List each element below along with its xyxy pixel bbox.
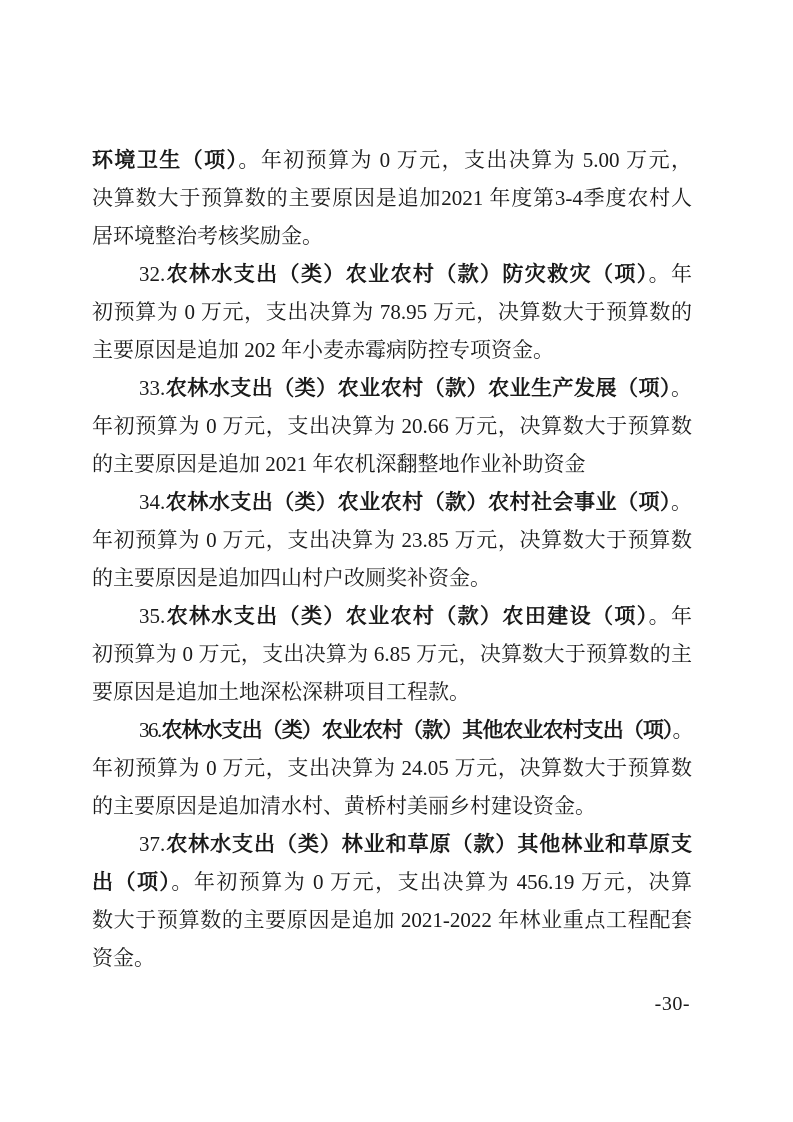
text-segment: 34. [139, 490, 165, 514]
para-item-37: 37.农林水支出（类）林业和草原（款）其他林业和草原支出（项）。年初预算为 0 … [92, 825, 692, 977]
bold-heading-segment: 环境卫生（项） [92, 148, 238, 172]
text-segment: 主要原因是追加 202 年小麦赤霉病防控专项资金。 [92, 338, 554, 362]
text-segment: 数大于预算数的主要原因是追加 2021-2022 年林业重点工程配套 [92, 908, 692, 932]
text-segment: 居环境整治考核奖励金。 [92, 224, 323, 248]
document-page: 环境卫生（项）。年初预算为 0 万元，支出决算为 5.00 万元，决算数大于预算… [0, 0, 793, 1122]
text-segment: 要原因是追加土地深松深耕项目工程款。 [92, 680, 470, 704]
bold-heading-segment: 农林水支出（类）农业农村（款）防灾救灾（项） [165, 262, 648, 286]
text-segment: 。 [671, 376, 692, 400]
text-line: 36.农林水支出（类）农业农村（款）其他农业农村支出（项）。 [92, 711, 692, 749]
text-line: 的主要原因是追加 2021 年农机深翻整地作业补助资金 [92, 445, 692, 483]
text-segment: 。年 [649, 604, 692, 628]
text-segment: 33. [139, 376, 165, 400]
para-item-33: 33.农林水支出（类）农业农村（款）农业生产发展（项）。年初预算为 0 万元，支… [92, 369, 692, 483]
text-line: 33.农林水支出（类）农业农村（款）农业生产发展（项）。 [92, 369, 692, 407]
text-segment: 。年初预算为 0 万元，支出决算为 5.00 万元， [238, 148, 692, 172]
text-line: 32.农林水支出（类）农业农村（款）防灾救灾（项）。年 [92, 255, 692, 293]
page-number: -30- [655, 993, 690, 1015]
text-line: 初预算为 0 万元，支出决算为 78.95 万元，决算数大于预算数的 [92, 293, 692, 331]
text-segment: 的主要原因是追加清水村、黄桥村美丽乡村建设资金。 [92, 794, 596, 818]
document-body: 环境卫生（项）。年初预算为 0 万元，支出决算为 5.00 万元，决算数大于预算… [92, 141, 692, 977]
para-item-32: 32.农林水支出（类）农业农村（款）防灾救灾（项）。年初预算为 0 万元，支出决… [92, 255, 692, 369]
text-segment: 。年 [649, 262, 692, 286]
text-segment: 37. [139, 832, 165, 856]
text-line: 初预算为 0 万元，支出决算为 6.85 万元，决算数大于预算数的主 [92, 635, 692, 673]
text-line: 年初预算为 0 万元，支出决算为 24.05 万元，决算数大于预算数 [92, 749, 692, 787]
text-line: 要原因是追加土地深松深耕项目工程款。 [92, 673, 692, 711]
bold-heading-segment: 农林水支出（类）农业农村（款）其他农业农村支出（项） [161, 718, 673, 742]
text-line: 34.农林水支出（类）农业农村（款）农村社会事业（项）。 [92, 483, 692, 521]
text-segment: 初预算为 0 万元，支出决算为 6.85 万元，决算数大于预算数的主 [92, 642, 692, 666]
text-line: 年初预算为 0 万元，支出决算为 23.85 万元，决算数大于预算数 [92, 521, 692, 559]
text-line: 出（项）。年初预算为 0 万元，支出决算为 456.19 万元，决算 [92, 863, 692, 901]
text-line: 居环境整治考核奖励金。 [92, 217, 692, 255]
text-segment: 资金。 [92, 946, 155, 970]
text-line: 主要原因是追加 202 年小麦赤霉病防控专项资金。 [92, 331, 692, 369]
text-segment: 32. [139, 262, 165, 286]
text-segment: 36. [139, 718, 161, 742]
para-item-34: 34.农林水支出（类）农业农村（款）农村社会事业（项）。年初预算为 0 万元，支… [92, 483, 692, 597]
text-line: 数大于预算数的主要原因是追加 2021-2022 年林业重点工程配套 [92, 901, 692, 939]
text-line: 环境卫生（项）。年初预算为 0 万元，支出决算为 5.00 万元， [92, 141, 692, 179]
text-line: 35.农林水支出（类）农业农村（款）农田建设（项）。年 [92, 597, 692, 635]
text-line: 37.农林水支出（类）林业和草原（款）其他林业和草原支 [92, 825, 692, 863]
bold-heading-segment: 农林水支出（类）农业农村（款）农村社会事业（项） [165, 490, 671, 514]
bold-heading-segment: 农林水支出（类）农业农村（款）农田建设（项） [165, 604, 648, 628]
bold-heading-segment: 农林水支出（类）农业农村（款）农业生产发展（项） [165, 376, 671, 400]
text-segment: 。 [671, 490, 692, 514]
text-segment: 的主要原因是追加 2021 年农机深翻整地作业补助资金 [92, 452, 586, 476]
text-line: 的主要原因是追加四山村户改厕奖补资金。 [92, 559, 692, 597]
text-segment: 。年初预算为 0 万元，支出决算为 456.19 万元，决算 [171, 870, 692, 894]
para-item-31-continuation: 环境卫生（项）。年初预算为 0 万元，支出决算为 5.00 万元，决算数大于预算… [92, 141, 692, 255]
bold-heading-segment: 出（项） [92, 870, 171, 894]
text-line: 年初预算为 0 万元，支出决算为 20.66 万元，决算数大于预算数 [92, 407, 692, 445]
text-line: 资金。 [92, 939, 692, 977]
para-item-35: 35.农林水支出（类）农业农村（款）农田建设（项）。年初预算为 0 万元，支出决… [92, 597, 692, 711]
text-segment: 年初预算为 0 万元，支出决算为 24.05 万元，决算数大于预算数 [92, 756, 692, 780]
text-segment: 初预算为 0 万元，支出决算为 78.95 万元，决算数大于预算数的 [92, 300, 692, 324]
para-item-36: 36.农林水支出（类）农业农村（款）其他农业农村支出（项）。年初预算为 0 万元… [92, 711, 692, 825]
text-segment: 。 [673, 718, 693, 742]
text-line: 的主要原因是追加清水村、黄桥村美丽乡村建设资金。 [92, 787, 692, 825]
text-segment: 的主要原因是追加四山村户改厕奖补资金。 [92, 566, 491, 590]
text-line: 决算数大于预算数的主要原因是追加2021 年度第3-4季度农村人 [92, 179, 692, 217]
text-segment: 35. [139, 604, 165, 628]
bold-heading-segment: 农林水支出（类）林业和草原（款）其他林业和草原支 [165, 832, 692, 856]
text-segment: 年初预算为 0 万元，支出决算为 23.85 万元，决算数大于预算数 [92, 528, 692, 552]
text-segment: 年初预算为 0 万元，支出决算为 20.66 万元，决算数大于预算数 [92, 414, 692, 438]
text-segment: 决算数大于预算数的主要原因是追加2021 年度第3-4季度农村人 [92, 186, 692, 210]
